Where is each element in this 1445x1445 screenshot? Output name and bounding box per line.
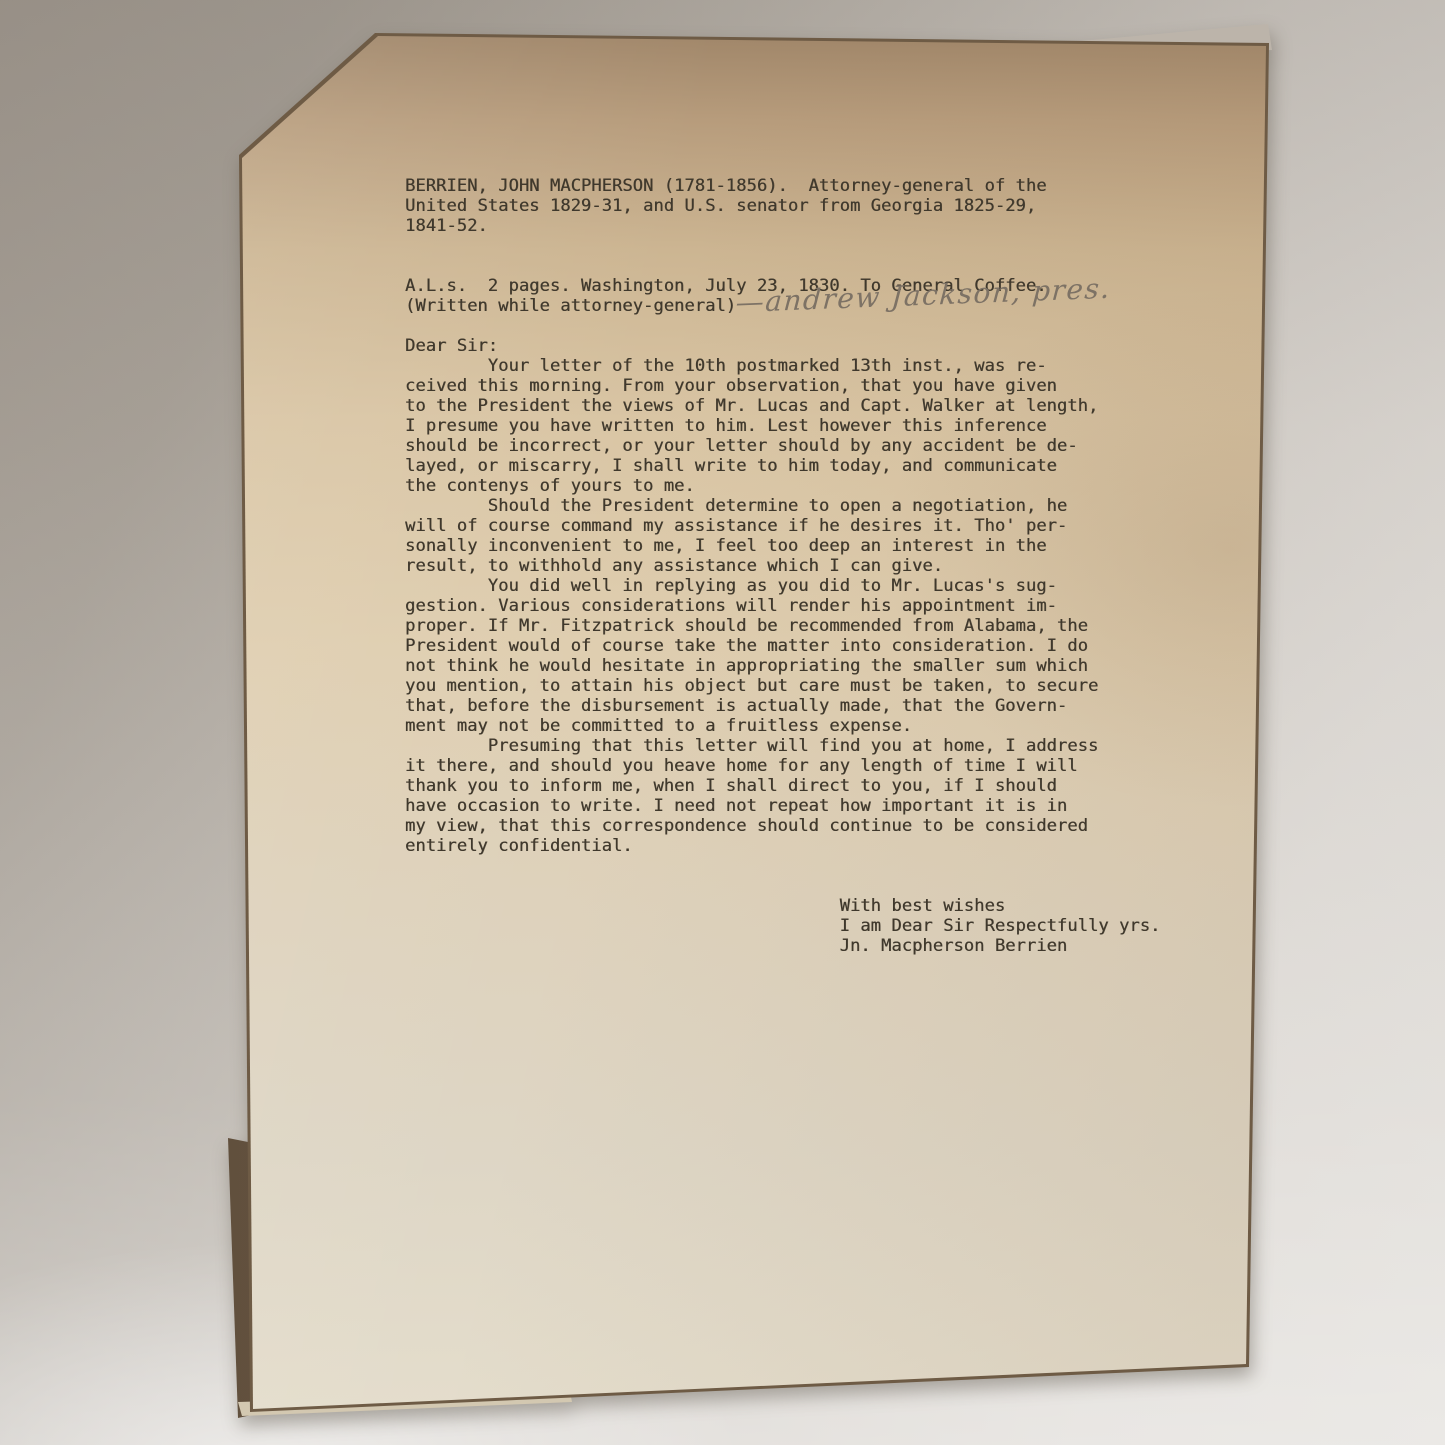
paper-stack: BERRIEN, JOHN MACPHERSON (1781-1856). At… xyxy=(0,0,1445,1445)
photo-background: BERRIEN, JOHN MACPHERSON (1781-1856). At… xyxy=(0,0,1445,1445)
letter-page: BERRIEN, JOHN MACPHERSON (1781-1856). At… xyxy=(0,0,1445,1445)
